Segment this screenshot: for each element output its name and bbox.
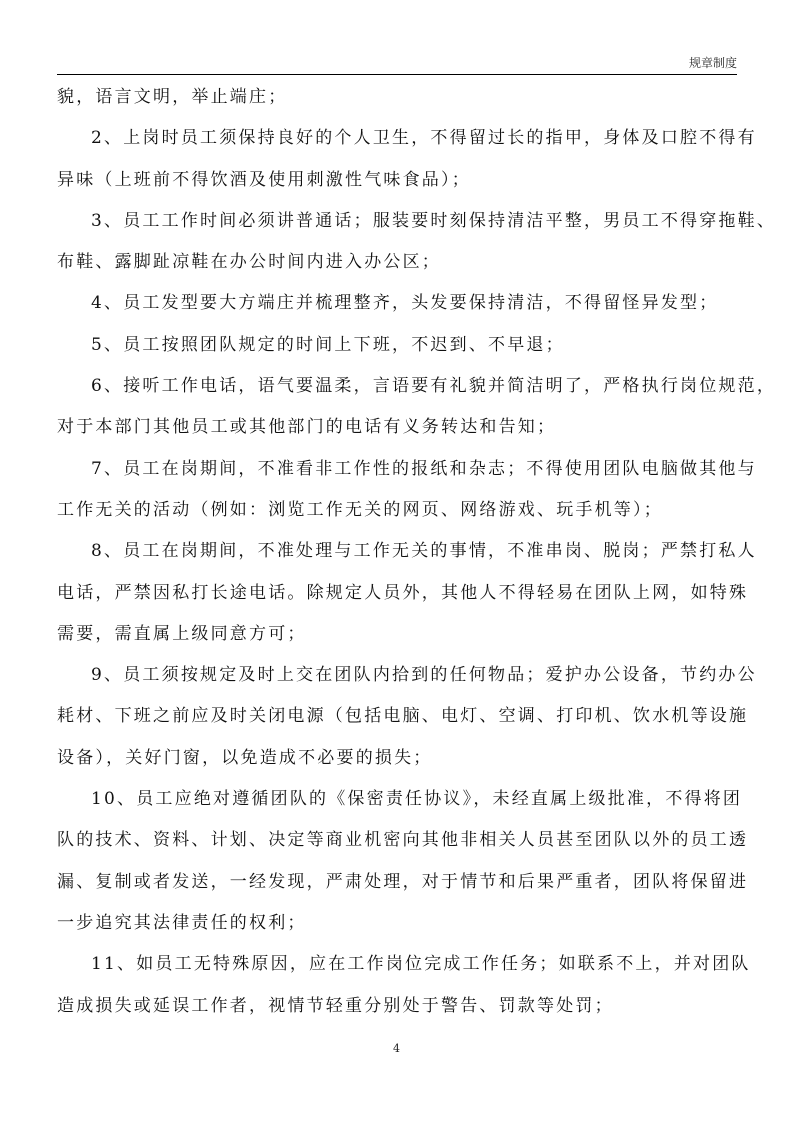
- rule-item-8: 8、员工在岗期间，不准处理与工作无关的事情，不准串岗、脱岗；严禁打私人: [57, 536, 739, 577]
- text-line: 貌，语言文明，举止端庄；: [57, 82, 739, 123]
- header-rule: [57, 74, 737, 75]
- page-header: 规章制度: [57, 56, 737, 74]
- text-line: 对于本部门其他员工或其他部门的电话有义务转达和告知；: [57, 412, 739, 453]
- text-line: 造成损失或延误工作者，视情节轻重分别处于警告、罚款等处罚；: [57, 991, 739, 1032]
- rule-item-9: 9、员工须按规定及时上交在团队内拾到的任何物品；爱护办公设备，节约办公: [57, 660, 739, 701]
- rule-item-2: 2、上岗时员工须保持良好的个人卫生，不得留过长的指甲，身体及口腔不得有: [57, 123, 739, 164]
- text-line: 异味（上班前不得饮酒及使用刺激性气味食品）；: [57, 165, 739, 206]
- text-line: 队的技术、资料、计划、决定等商业机密向其他非相关人员甚至团队以外的员工透: [57, 825, 739, 866]
- text-line: 布鞋、露脚趾凉鞋在办公时间内进入办公区；: [57, 247, 739, 288]
- rule-item-3: 3、员工工作时间必须讲普通话；服装要时刻保持清洁平整，男员工不得穿拖鞋、: [57, 206, 739, 247]
- page-number: 4: [0, 1042, 793, 1055]
- text-line: 工作无关的活动（例如：浏览工作无关的网页、网络游戏、玩手机等）；: [57, 495, 739, 536]
- rule-item-5: 5、员工按照团队规定的时间上下班，不迟到、不早退；: [57, 330, 739, 371]
- rule-item-7: 7、员工在岗期间，不准看非工作性的报纸和杂志；不得使用团队电脑做其他与: [57, 454, 739, 495]
- rule-item-4: 4、员工发型要大方端庄并梳理整齐，头发要保持清洁，不得留怪异发型；: [57, 288, 739, 329]
- text-line: 电话，严禁因私打长途电话。除规定人员外，其他人不得轻易在团队上网，如特殊: [57, 578, 739, 619]
- text-line: 耗材、下班之前应及时关闭电源（包括电脑、电灯、空调、打印机、饮水机等设施: [57, 701, 739, 742]
- text-line: 设备），关好门窗，以免造成不必要的损失；: [57, 743, 739, 784]
- header-title: 规章制度: [689, 56, 737, 70]
- text-line: 一步追究其法律责任的权利；: [57, 908, 739, 949]
- text-line: 需要，需直属上级同意方可；: [57, 619, 739, 660]
- rule-item-10: 10、员工应绝对遵循团队的《保密责任协议》，未经直属上级批准，不得将团: [57, 784, 739, 825]
- rule-item-6: 6、接听工作电话，语气要温柔，言语要有礼貌并简洁明了，严格执行岗位规范，: [57, 371, 739, 412]
- text-line: 漏、复制或者发送，一经发现，严肃处理，对于情节和后果严重者，团队将保留进: [57, 867, 739, 908]
- rule-item-11: 11、如员工无特殊原因，应在工作岗位完成工作任务；如联系不上，并对团队: [57, 949, 739, 990]
- document-body: 貌，语言文明，举止端庄； 2、上岗时员工须保持良好的个人卫生，不得留过长的指甲，…: [57, 82, 739, 1032]
